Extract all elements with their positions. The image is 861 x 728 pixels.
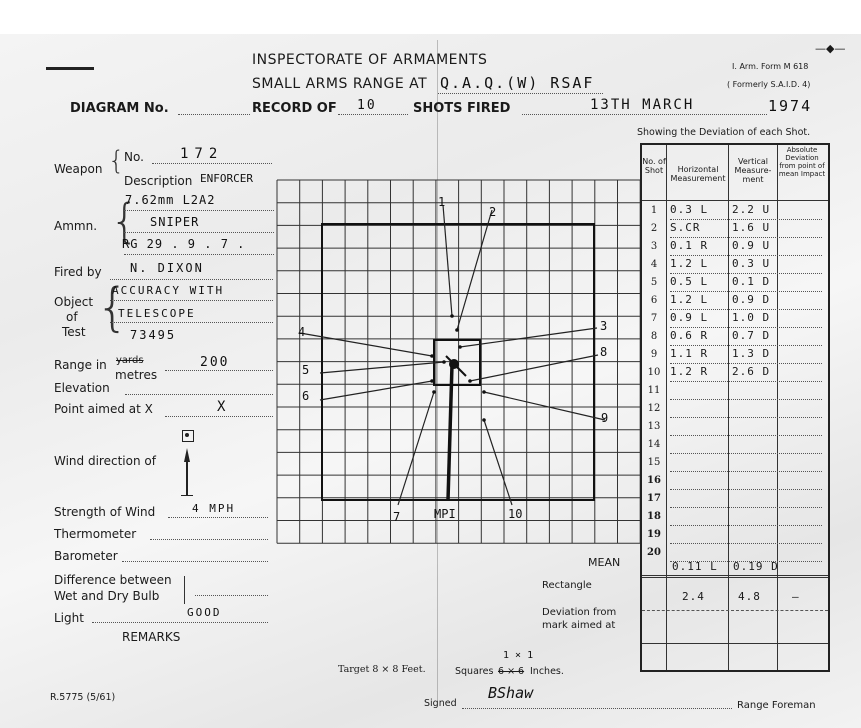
horizontal-measurement: 0.3 L bbox=[670, 203, 708, 216]
shot-number: 11 bbox=[642, 385, 666, 396]
shot-number: 9 bbox=[642, 349, 666, 360]
form-code: R.5775 (5/61) bbox=[50, 692, 115, 703]
shot-label: 10 bbox=[508, 507, 522, 521]
horizontal-measurement: 0.5 L bbox=[670, 275, 708, 288]
shot-number: 3 bbox=[642, 241, 666, 252]
rectangle-vertical: 4.8 bbox=[738, 590, 761, 603]
shot-label: 5 bbox=[302, 363, 309, 377]
shot-label: 6 bbox=[302, 389, 309, 403]
shot-label: 9 bbox=[601, 411, 608, 425]
signature: BShaw bbox=[488, 684, 533, 702]
shot-label: 4 bbox=[298, 325, 305, 339]
range-foreman-label: Range Foreman bbox=[737, 700, 816, 711]
squares-label: Squares bbox=[455, 666, 493, 677]
shot-number: 2 bbox=[642, 223, 666, 234]
horizontal-measurement: 0.6 R bbox=[670, 329, 708, 342]
rectangle-label: Rectangle bbox=[542, 580, 592, 591]
horizontal-measurement: 0.9 L bbox=[670, 311, 708, 324]
shot-number: 16 bbox=[642, 475, 666, 486]
mean-horizontal: 0.11 L bbox=[672, 560, 718, 573]
squares-struck: 6 × 6 bbox=[498, 666, 524, 677]
header-vertical: Vertical Measure-ment bbox=[730, 157, 776, 184]
deviation-label-2: mark aimed at bbox=[542, 620, 615, 631]
horizontal-measurement: 1.2 L bbox=[670, 293, 708, 306]
signature-field[interactable] bbox=[462, 708, 732, 709]
shot-number: 12 bbox=[642, 403, 666, 414]
signed-label: Signed bbox=[424, 698, 457, 709]
vertical-measurement: 2.2 U bbox=[732, 203, 770, 216]
shot-number: 6 bbox=[642, 295, 666, 306]
shot-number: 18 bbox=[642, 511, 666, 522]
shot-number: 14 bbox=[642, 439, 666, 450]
shot-label: 7 bbox=[393, 510, 400, 524]
squares-unit: Inches. bbox=[530, 666, 564, 677]
deviation-table: No. of Shot Horizontal Measurement Verti… bbox=[640, 143, 830, 672]
deviation-label-1: Deviation from bbox=[542, 607, 616, 618]
vertical-measurement: 1.6 U bbox=[732, 221, 770, 234]
vertical-measurement: 2.6 D bbox=[732, 365, 770, 378]
shot-number: 19 bbox=[642, 529, 666, 540]
vertical-measurement: 0.9 D bbox=[732, 293, 770, 306]
mean-label: MEAN bbox=[588, 556, 620, 569]
shot-number: 5 bbox=[642, 277, 666, 288]
shot-number: 7 bbox=[642, 313, 666, 324]
target-size-label: Target 8 × 8 Feet. bbox=[338, 664, 426, 675]
rectangle-horizontal: 2.4 bbox=[682, 590, 705, 603]
horizontal-measurement: 0.1 R bbox=[670, 239, 708, 252]
vertical-measurement: 0.1 D bbox=[732, 275, 770, 288]
shot-number: 15 bbox=[642, 457, 666, 468]
header-horizontal: Horizontal Measurement bbox=[670, 165, 726, 183]
horizontal-measurement: 1.1 R bbox=[670, 347, 708, 360]
shot-number: 13 bbox=[642, 421, 666, 432]
header-shot-no: No. of Shot bbox=[642, 157, 666, 175]
horizontal-measurement: 1.2 L bbox=[670, 257, 708, 270]
shot-label: 3 bbox=[600, 319, 607, 333]
mean-vertical: 0.19 D bbox=[733, 560, 779, 573]
shot-number: 8 bbox=[642, 331, 666, 342]
horizontal-measurement: S.CR bbox=[670, 221, 701, 234]
squares-correction: 1 × 1 bbox=[503, 650, 533, 661]
vertical-measurement: 1.0 D bbox=[732, 311, 770, 324]
vertical-measurement: 0.3 U bbox=[732, 257, 770, 270]
shot-label: 8 bbox=[600, 345, 607, 359]
shot-label: 2 bbox=[489, 205, 496, 219]
shot-number: 4 bbox=[642, 259, 666, 270]
shot-number: 1 bbox=[642, 205, 666, 216]
shot-label: 1 bbox=[438, 195, 445, 209]
shot-number: 20 bbox=[642, 547, 666, 558]
vertical-measurement: 0.9 U bbox=[732, 239, 770, 252]
shot-number: 17 bbox=[642, 493, 666, 504]
horizontal-measurement: 1.2 R bbox=[670, 365, 708, 378]
vertical-measurement: 1.3 D bbox=[732, 347, 770, 360]
rectangle-absolute: — bbox=[792, 590, 800, 603]
mpi-label: MPI bbox=[434, 507, 456, 521]
header-absolute: Absolute Deviation from point of mean Im… bbox=[778, 146, 826, 178]
vertical-measurement: 0.7 D bbox=[732, 329, 770, 342]
shot-number: 10 bbox=[642, 367, 666, 378]
